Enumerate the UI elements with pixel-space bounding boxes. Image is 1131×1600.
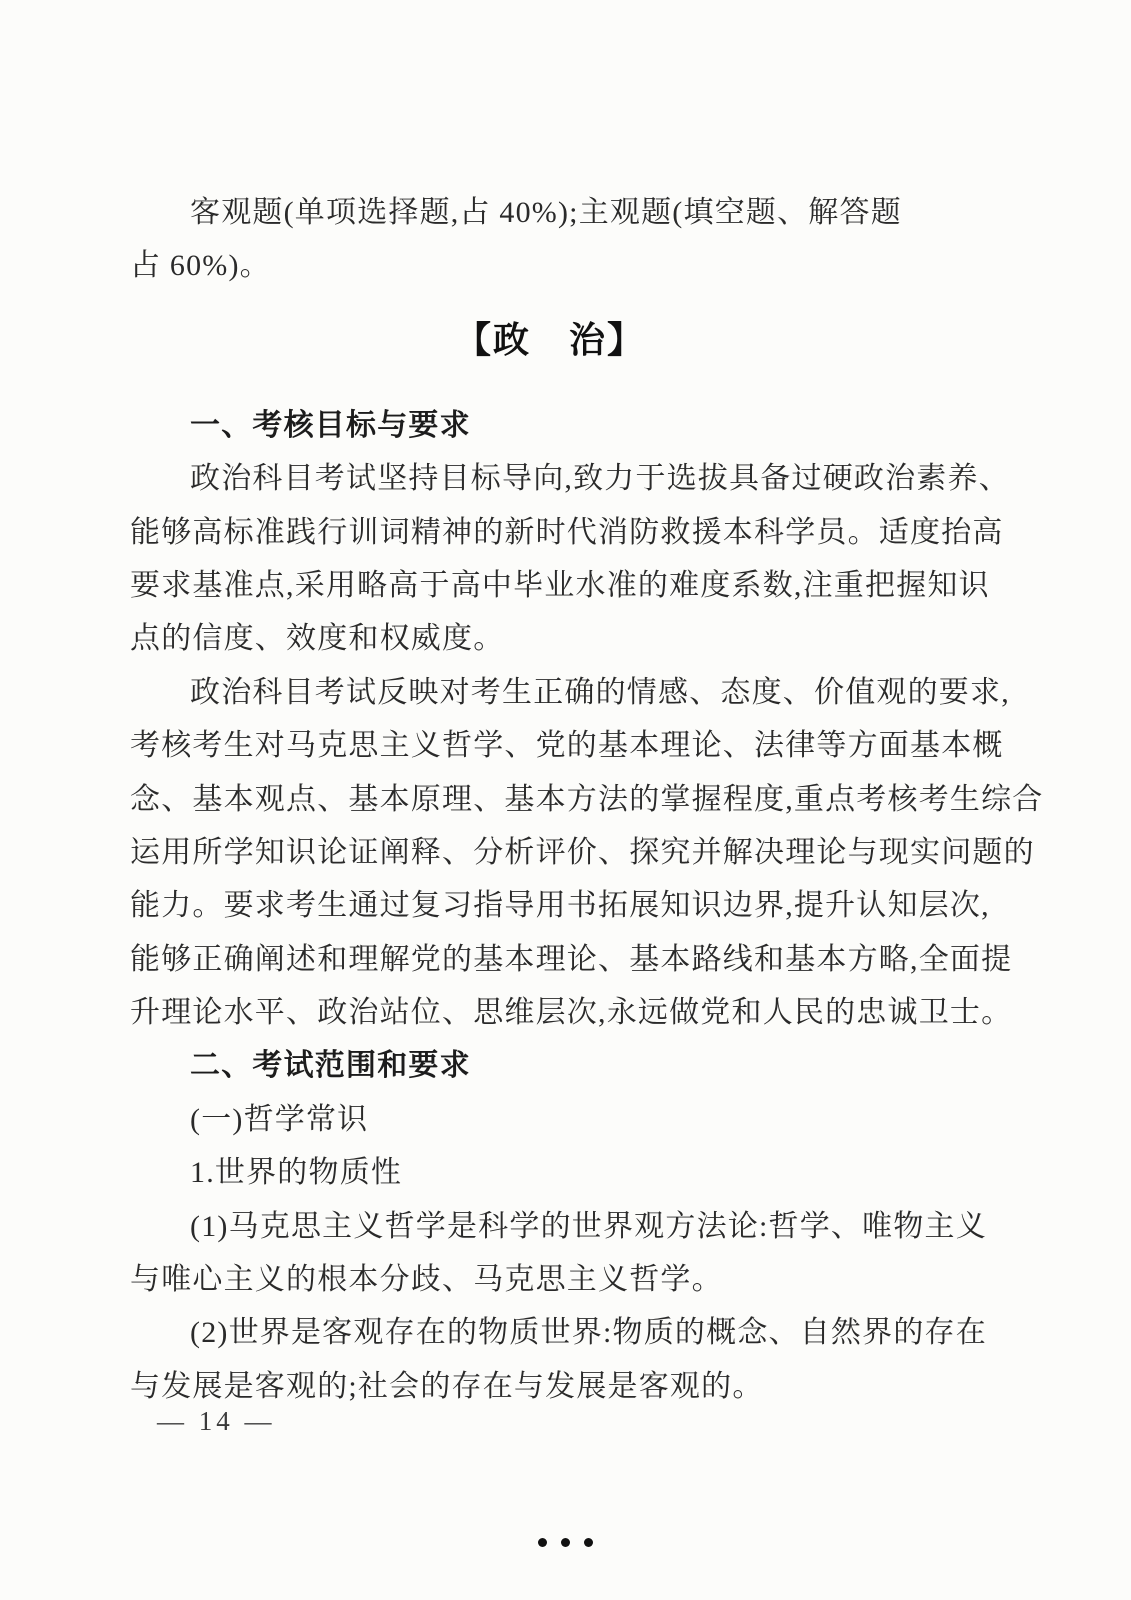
- ellipsis-dots-icon: [0, 1538, 1131, 1547]
- body-line: 考核考生对马克思主义哲学、党的基本理论、法律等方面基本概: [130, 719, 970, 772]
- dot-icon: [584, 1538, 593, 1547]
- body-line: 要求基准点,采用略高于高中毕业水准的难度系数,注重把握知识: [130, 559, 970, 612]
- dot-icon: [538, 1538, 547, 1547]
- body-line: 念、基本观点、基本原理、基本方法的掌握程度,重点考核考生综合: [130, 773, 970, 826]
- body-line: 政治科目考试坚持目标导向,致力于选拔具备过硬政治素养、: [130, 452, 970, 505]
- body-line: (1)马克思主义哲学是科学的世界观方法论:哲学、唯物主义: [130, 1200, 970, 1253]
- body-line: 能够高标准践行训词精神的新时代消防救援本科学员。适度抬高: [130, 506, 970, 559]
- body-line: 能力。要求考生通过复习指导用书拓展知识边界,提升认知层次,: [130, 879, 970, 932]
- body-line: 点的信度、效度和权威度。: [130, 612, 970, 665]
- section1-heading: 一、考核目标与要求: [130, 399, 970, 452]
- section2-heading: 二、考试范围和要求: [130, 1039, 970, 1092]
- body-line: (2)世界是客观存在的物质世界:物质的概念、自然界的存在: [130, 1306, 970, 1359]
- page-number: — 14 —: [157, 1406, 276, 1437]
- subject-title: 【政 治】: [130, 313, 970, 367]
- dot-icon: [561, 1538, 570, 1547]
- body-line: 能够正确阐述和理解党的基本理论、基本路线和基本方略,全面提: [130, 933, 970, 986]
- document-page: 客观题(单项选择题,占 40%);主观题(填空题、解答题 占 60%)。 【政 …: [0, 0, 1131, 1600]
- section2-subheading: (一)哲学常识: [130, 1093, 970, 1146]
- intro-line: 占 60%)。: [130, 239, 970, 292]
- body-line: 政治科目考试反映对考生正确的情感、态度、价值观的要求,: [130, 666, 970, 719]
- section2-topic: 1.世界的物质性: [130, 1146, 970, 1199]
- body-line: 升理论水平、政治站位、思维层次,永远做党和人民的忠诚卫士。: [130, 986, 970, 1039]
- intro-line: 客观题(单项选择题,占 40%);主观题(填空题、解答题: [130, 186, 970, 239]
- document-body: 客观题(单项选择题,占 40%);主观题(填空题、解答题 占 60%)。 【政 …: [130, 186, 970, 1413]
- body-line: 与唯心主义的根本分歧、马克思主义哲学。: [130, 1253, 970, 1306]
- body-line: 运用所学知识论证阐释、分析评价、探究并解决理论与现实问题的: [130, 826, 970, 879]
